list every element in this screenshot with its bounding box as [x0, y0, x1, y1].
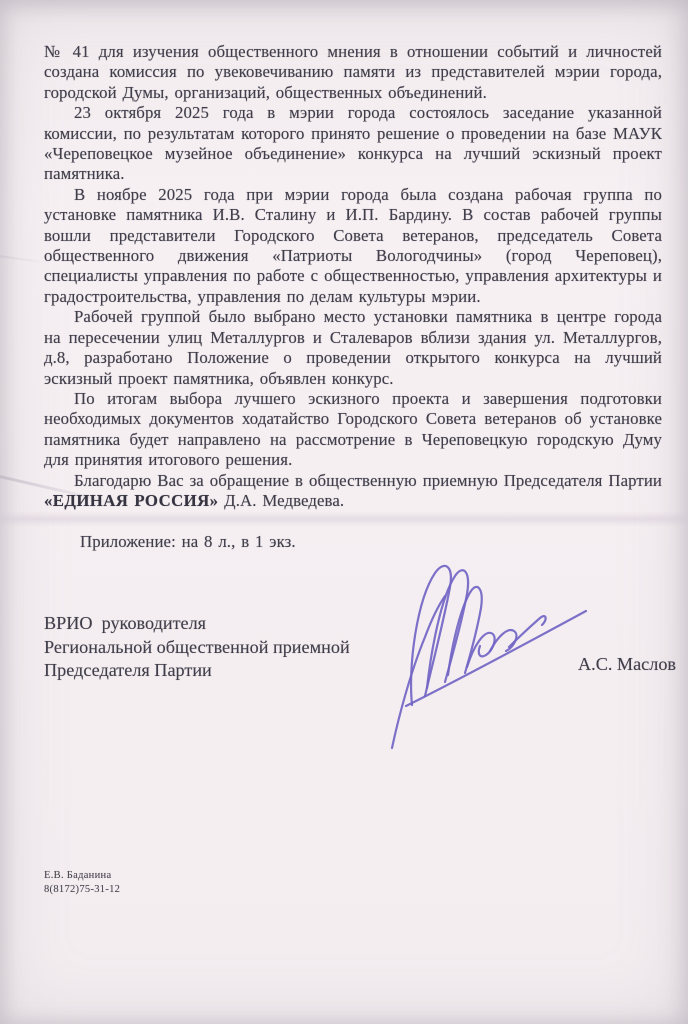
paragraph-closing: Благодарю Вас за обращение в общественну… — [44, 471, 662, 512]
executor-name: Е.В. Баданина — [44, 869, 120, 883]
signer-position: ВРИО руководителя Региональной обществен… — [44, 612, 350, 683]
paragraph-continuation: № 41 для изучения общественного мнения в… — [44, 42, 662, 103]
party-name: «ЕДИНАЯ РОССИЯ» — [44, 491, 218, 510]
attachment-note: Приложение: на 8 л., в 1 экз. — [44, 532, 662, 552]
closing-text-pre: Благодарю Вас за обращение в общественну… — [74, 471, 662, 490]
paper-crease — [0, 254, 50, 264]
executor-contact: Е.В. Баданина 8(8172)75-31-12 — [44, 869, 120, 896]
scanned-letter-page: № 41 для изучения общественного мнения в… — [0, 0, 688, 1024]
paragraph-working-group: В ноябре 2025 года при мэрии города была… — [44, 185, 662, 307]
signer-position-line: Региональной общественной приемной — [44, 636, 350, 660]
executor-phone: 8(8172)75-31-12 — [44, 883, 120, 897]
paragraph-commission-meeting: 23 октября 2025 года в мэрии города сост… — [44, 103, 662, 185]
closing-text-post: Д.А. Медведева. — [218, 491, 344, 510]
paragraph-location: Рабочей группой было выбрано место устан… — [44, 307, 662, 389]
signer-position-line: ВРИО руководителя — [44, 612, 350, 636]
signer-name: А.С. Маслов — [578, 653, 676, 677]
signer-position-line: Председателя Партии — [44, 659, 350, 683]
letter-body: № 41 для изучения общественного мнения в… — [44, 42, 662, 553]
signature-block: ВРИО руководителя Региональной обществен… — [44, 612, 676, 683]
paragraph-outcome: По итогам выбора лучшего эскизного проек… — [44, 389, 662, 471]
